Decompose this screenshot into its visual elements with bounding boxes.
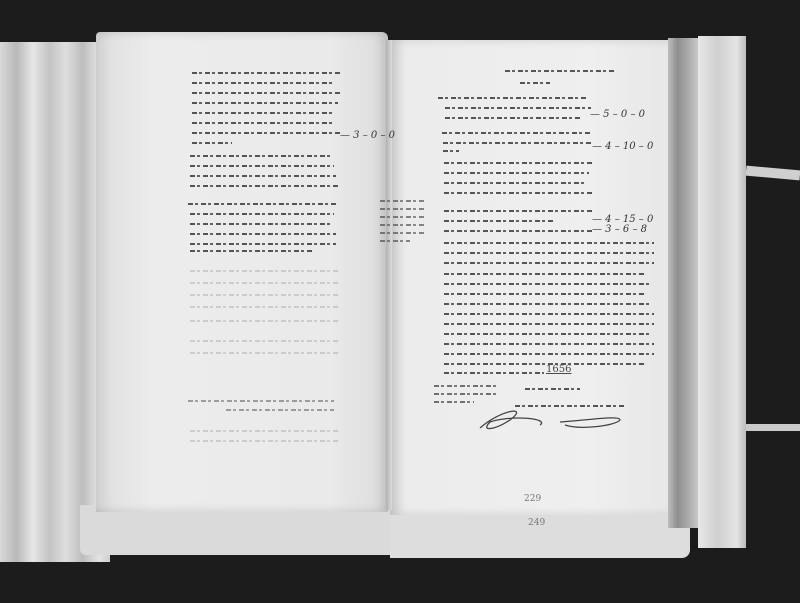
margin-annotation [380,200,424,202]
binding-strap [746,166,800,181]
binding-strap-lower [746,424,800,431]
amount-1: — 5 – 0 – 0 [590,109,645,120]
signature-flourish [470,400,660,435]
folio-number-lower: 249 [528,518,545,528]
strikethrough-line [226,409,334,411]
book-spine [386,40,392,510]
date-year: 1656 [546,364,571,375]
right-page-edge [668,38,700,528]
left-page-bottom-edge [80,505,400,555]
strikethrough-line [188,400,334,402]
right-cover [698,36,746,548]
left-page-stack [0,42,110,562]
page-heading [505,70,615,72]
left-margin-amount: — 3 – 0 – 0 [340,130,395,141]
amount-2: — 4 – 10 – 0 [592,141,653,152]
right-page-bottom-edge [390,508,690,558]
amount-4: — 3 – 6 – 8 [592,224,647,235]
folio-number-upper: 229 [524,494,541,504]
